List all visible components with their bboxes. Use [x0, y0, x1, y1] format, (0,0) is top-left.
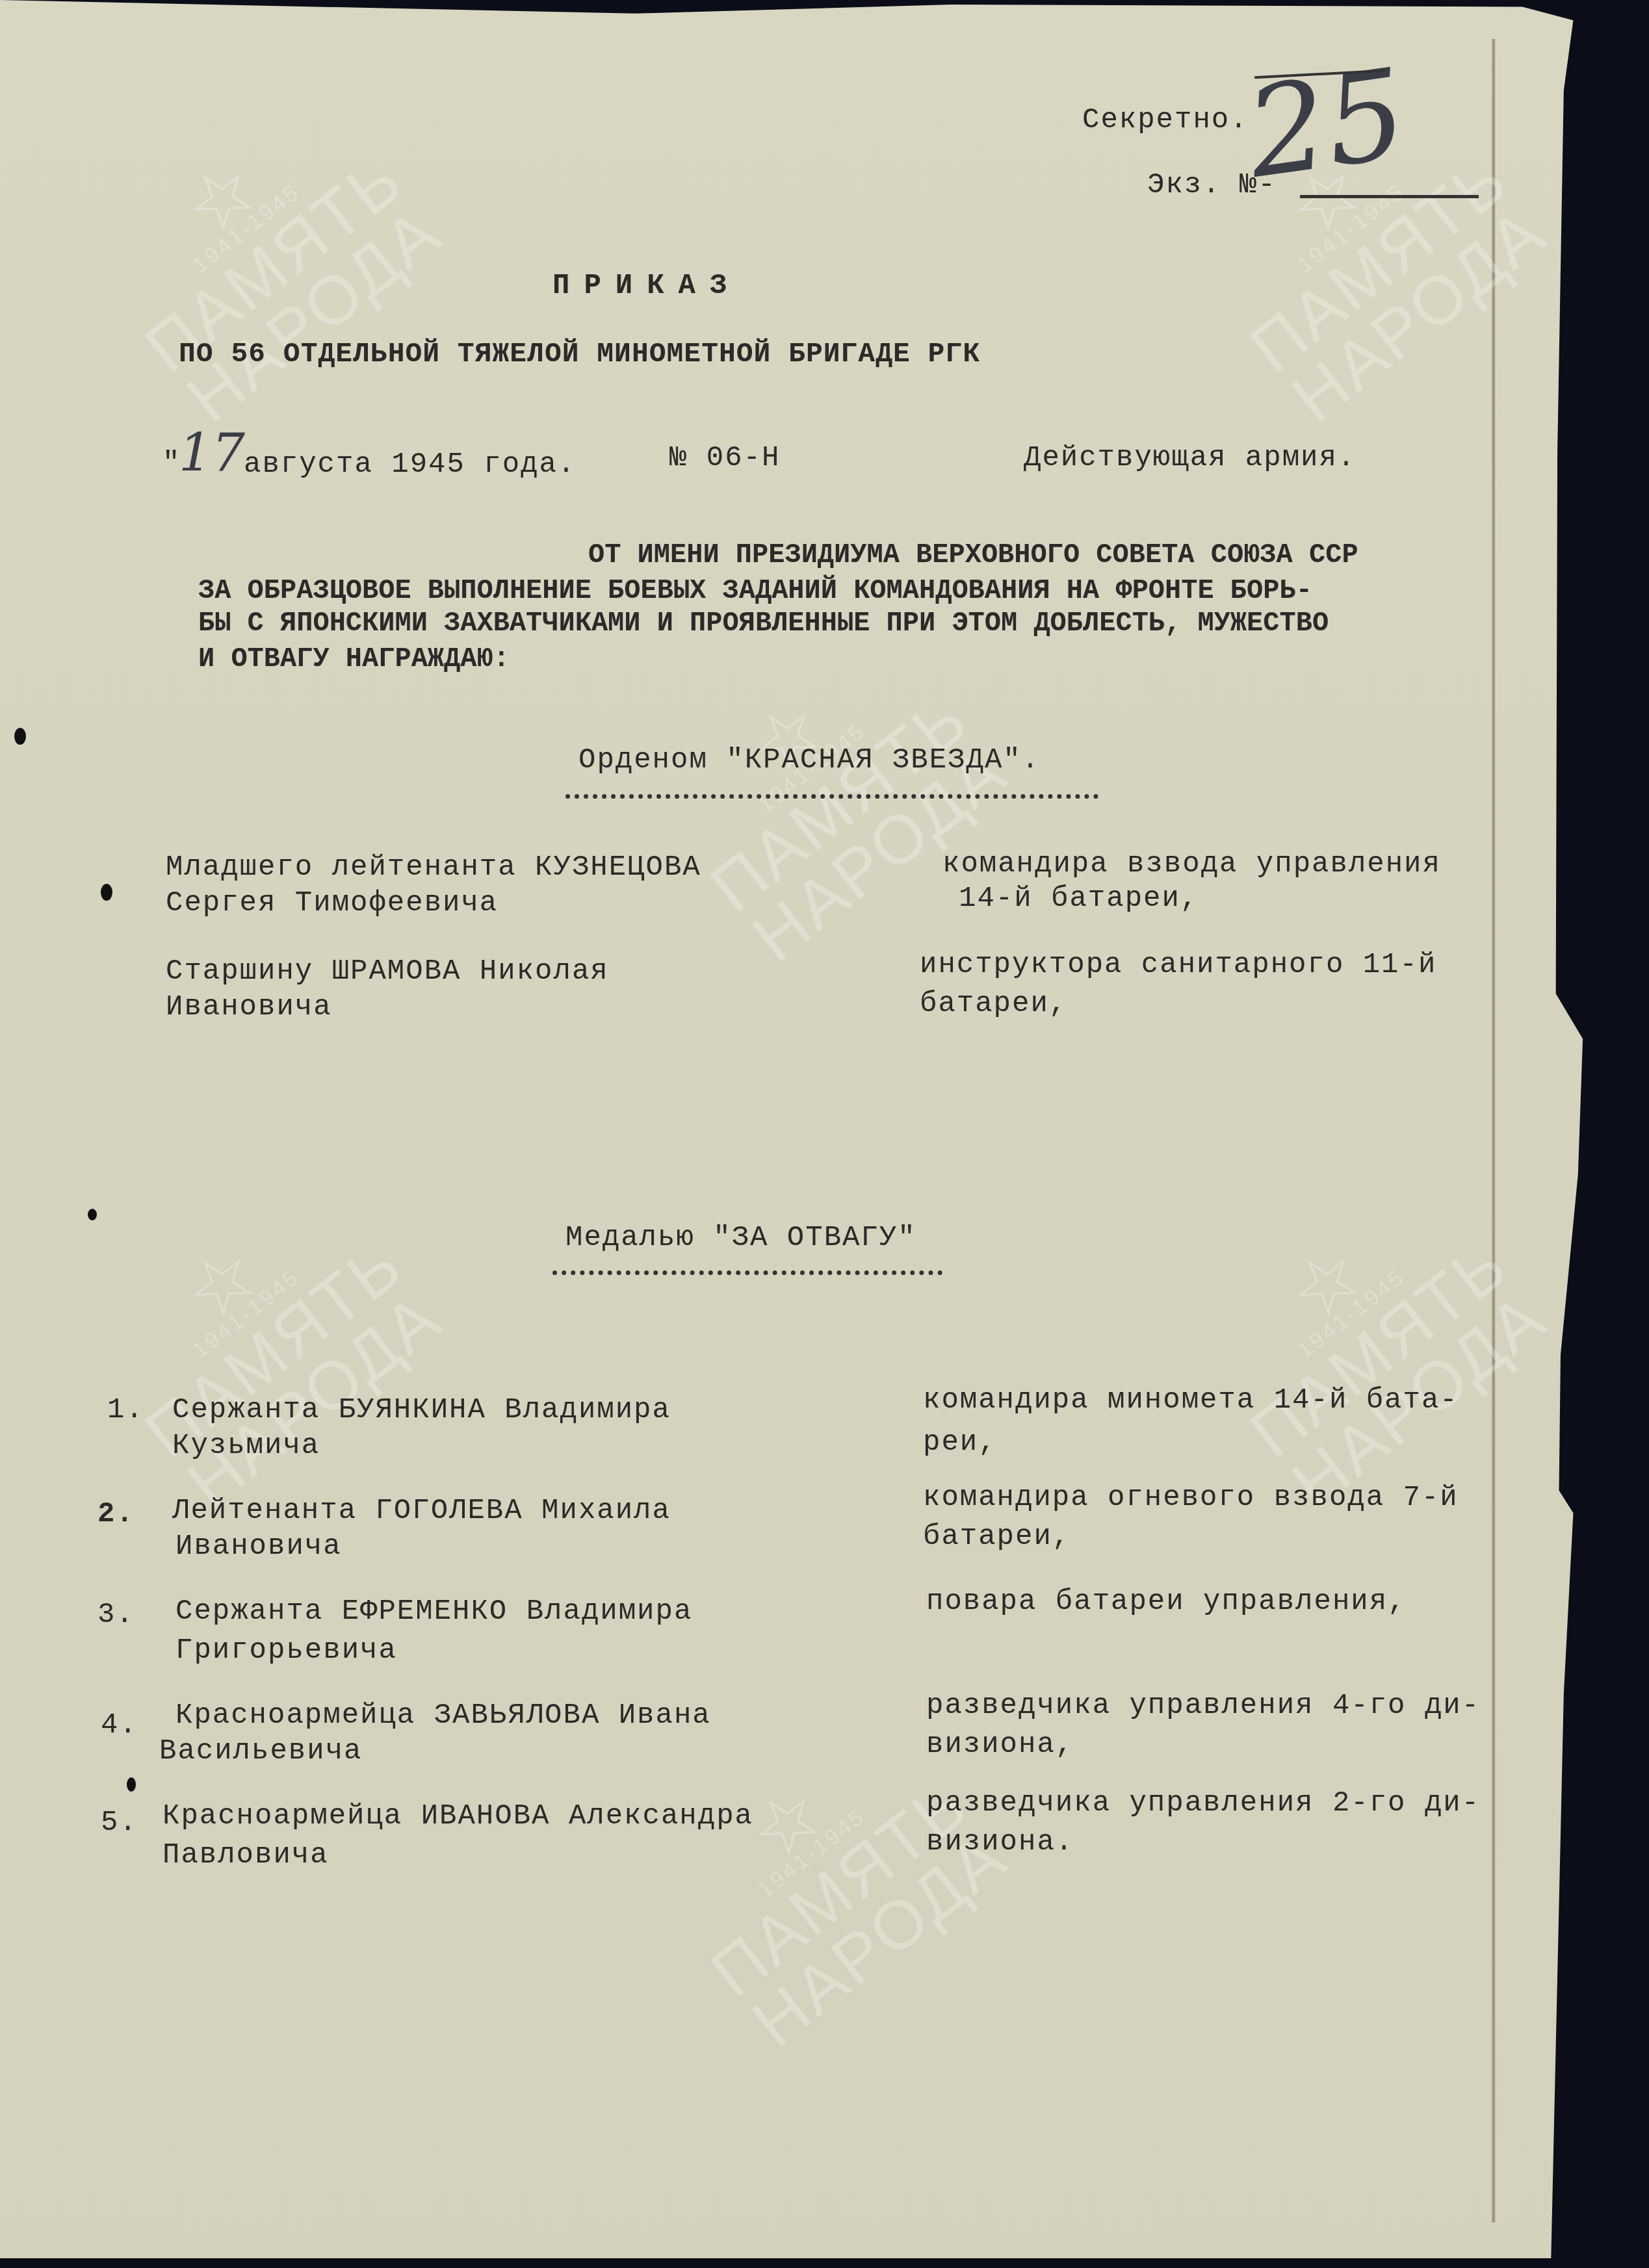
recipient-patronymic: Павловича [162, 1839, 329, 1872]
recipient-role: командира взвода управления [942, 848, 1441, 881]
punch-hole [88, 1209, 97, 1220]
entry-number: 3. [97, 1599, 135, 1631]
recipient-role-cont: реи, [923, 1426, 997, 1459]
award-title-underline [565, 794, 1098, 799]
recipient-role: командира миномета 14-й бата- [923, 1384, 1459, 1417]
punch-hole [14, 728, 26, 745]
recipient-role: инструктора санитарного 11-й [920, 949, 1436, 981]
punch-hole [101, 884, 112, 901]
copy-number-blank [1300, 195, 1479, 198]
award-title-bravery-medal: Медалью "ЗА ОТВАГУ" [565, 1222, 916, 1254]
recipient-role: разведчика управления 4-го ди- [926, 1690, 1480, 1722]
order-date: августа 1945 года. [244, 448, 576, 481]
recipient-role-cont: 14-й батареи, [959, 883, 1199, 915]
recipient-name: Красноармейца ЗАВЬЯЛОВА Ивана [175, 1699, 711, 1732]
recipient-role-cont: визиона. [926, 1826, 1074, 1859]
recipient-name: Старшину ШРАМОВА Николая [166, 955, 609, 988]
punch-hole [127, 1777, 136, 1792]
recipient-name: Красноармейца ИВАНОВА Александра [162, 1800, 753, 1833]
recipient-patronymic: Ивановича [175, 1530, 342, 1563]
recipient-name: Сержанта ЕФРЕМЕНКО Владимира [175, 1595, 692, 1628]
recipient-role: разведчика управления 2-го ди- [926, 1787, 1480, 1820]
recipient-patronymic: Сергея Тимофеевича [166, 887, 498, 920]
award-title-underline [552, 1270, 942, 1275]
recipient-name: Младшего лейтенанта КУЗНЕЦОВА [166, 851, 701, 884]
page-fold [1492, 39, 1496, 2223]
classification-label: Секретно. [1082, 104, 1249, 136]
handwritten-day: 17 [179, 422, 245, 483]
recipient-name: Лейтенанта ГОГОЛЕВА Михаила [172, 1495, 671, 1527]
copy-number-label: Экз. №- [1147, 169, 1277, 201]
entry-number: 4. [101, 1709, 138, 1742]
award-title-red-star: Орденом "КРАСНАЯ ЗВЕЗДА". [578, 744, 1040, 777]
recipient-name: Сержанта БУЯНКИНА Владимира [172, 1394, 671, 1426]
preamble-line: ЗА ОБРАЗЦОВОЕ ВЫПОЛНЕНИЕ БОЕВЫХ ЗАДАНИЙ … [198, 575, 1312, 606]
document-subtitle: ПО 56 ОТДЕЛЬНОЙ ТЯЖЕЛОЙ МИНОМЕТНОЙ БРИГА… [179, 338, 980, 370]
recipient-role-cont: визиона, [926, 1729, 1074, 1761]
entry-number: 1. [107, 1394, 144, 1426]
order-number: № 06-Н [669, 442, 780, 474]
recipient-patronymic: Григорьевича [175, 1634, 397, 1667]
document-title: ПРИКАЗ [552, 270, 741, 302]
entry-number: 5. [101, 1807, 138, 1839]
recipient-role-cont: батареи, [923, 1521, 1071, 1553]
recipient-role-cont: батареи, [920, 988, 1067, 1020]
recipient-role: повара батареи управления, [926, 1586, 1407, 1618]
entry-number: 2. [97, 1498, 135, 1530]
preamble-line: ОТ ИМЕНИ ПРЕЗИДИУМА ВЕРХОВНОГО СОВЕТА СО… [588, 539, 1358, 571]
preamble-line: И ОТВАГУ НАГРАЖДАЮ: [198, 643, 510, 675]
recipient-patronymic: Васильевича [159, 1735, 362, 1768]
recipient-patronymic: Ивановича [166, 991, 332, 1024]
order-location: Действующая армия. [1024, 442, 1356, 474]
preamble-line: БЫ С ЯПОНСКИМИ ЗАХВАТЧИКАМИ И ПРОЯВЛЕННЫ… [198, 608, 1329, 639]
recipient-role: командира огневого взвода 7-й [923, 1482, 1459, 1514]
recipient-patronymic: Кузьмича [172, 1430, 320, 1462]
